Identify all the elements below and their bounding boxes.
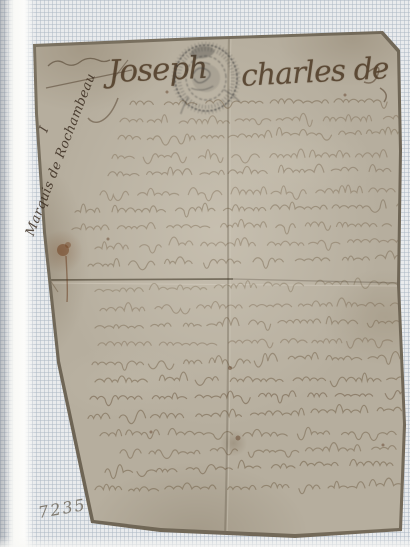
photo-frame: Joseph charles de Marquis de Rochambeau … xyxy=(0,0,410,547)
ink-decorations xyxy=(42,58,386,475)
manuscript-overlay xyxy=(0,0,410,547)
ink-blotch xyxy=(42,242,71,302)
handwriting-lines xyxy=(72,99,410,494)
